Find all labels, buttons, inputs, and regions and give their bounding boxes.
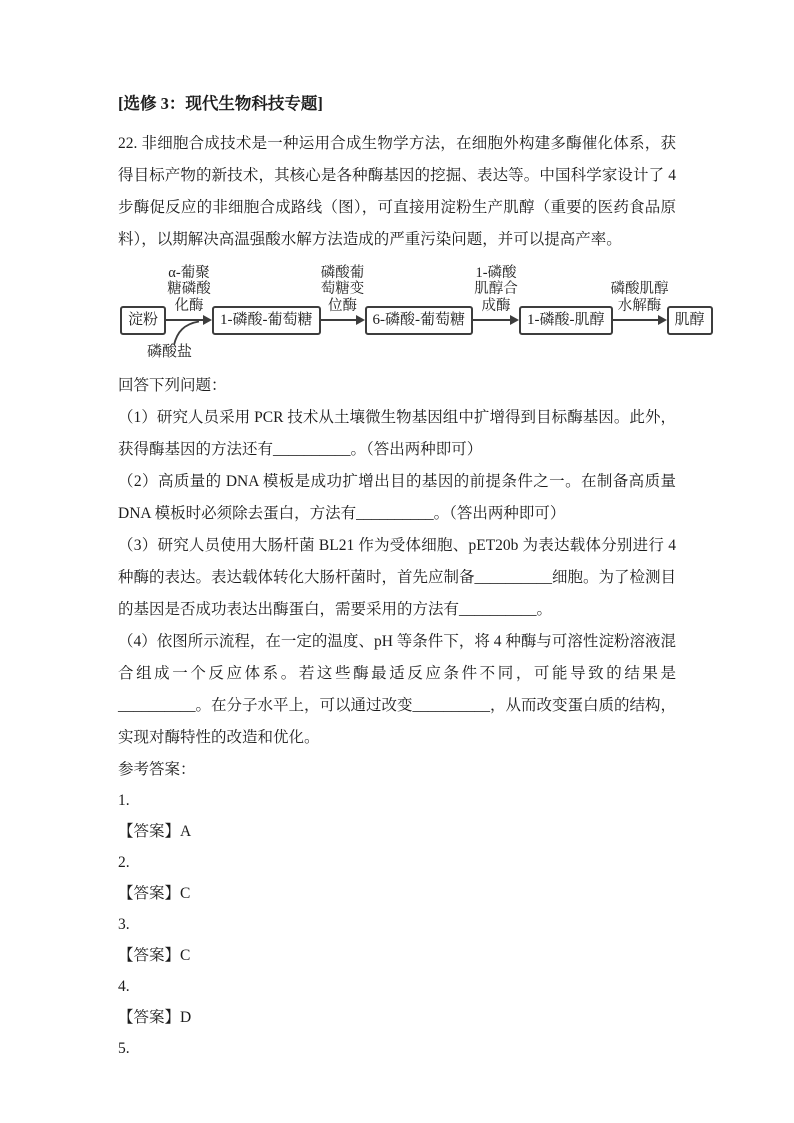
sub-question-3: （3）研究人员使用大肠杆菌 BL21 作为受体细胞、pET20b 为表达载体分别… [118,530,676,626]
node-glucose-1-phosphate: 1-磷酸-葡萄糖 [212,306,321,335]
arrow-head-icon [658,315,667,325]
substrate-phosphate-label: 磷酸盐 [147,340,192,361]
answer-label: 【答案】 [118,823,180,840]
node-inositol-1-phosphate: 1-磷酸-肌醇 [519,306,613,335]
section-header: [选修 3：现代生物科技专题] [118,88,676,120]
sub-question-1: （1）研究人员采用 PCR 技术从土壤微生物基因组中扩增得到目标酶基因。此外，获… [118,402,676,466]
enzyme-label-line: 化酶 [167,298,211,315]
reference-answers-section: 参考答案： 1. 【答案】A 2. 【答案】C 3. 【答案】C 4. 【答案】… [118,754,676,1064]
node-starch: 淀粉 [120,306,166,335]
arrow-line [473,319,513,321]
enzyme-label-line: 磷酸葡 [321,265,365,282]
node-inositol: 肌醇 [667,306,713,335]
reaction-step-2: 磷酸葡 萄糖变 位酶 [321,260,365,368]
answer-line-4: 【答案】D [118,1002,676,1033]
reaction-step-3: 1-磷酸 肌醇合 成酶 [473,260,519,368]
enzyme-label-line: 成酶 [474,298,518,315]
question-intro: 22. 非细胞合成技术是一种运用合成生物学方法，在细胞外构建多酶催化体系，获得目… [118,128,676,256]
answer-value: C [180,947,190,964]
enzyme-label-line: 位酶 [321,298,365,315]
answer-number-1: 1. [118,785,676,816]
answer-value: C [180,885,190,902]
answer-label: 【答案】 [118,885,180,902]
reference-answers-header: 参考答案： [118,754,676,785]
enzyme-label-line: 肌醇合 [474,281,518,298]
answer-prompt: 回答下列问题： [118,370,676,402]
answer-line-3: 【答案】C [118,940,676,971]
enzyme-label-alpha-glucan-phosphorylase: α-葡聚 糖磷酸 化酶 [167,265,211,315]
answer-label: 【答案】 [118,1009,180,1026]
enzyme-label-inositol-phosphate-phosphatase: 磷酸肌醇 水解酶 [611,281,669,314]
answer-number-5: 5. [118,1033,676,1064]
reaction-step-4: 磷酸肌醇 水解酶 [613,260,667,368]
enzyme-label-line: α-葡聚 [167,265,211,282]
answer-number-3: 3. [118,909,676,940]
node-glucose-6-phosphate: 6-磷酸-葡萄糖 [365,306,474,335]
enzyme-label-line: 磷酸肌醇 [611,281,669,298]
reaction-pathway-diagram: 淀粉 α-葡聚 糖磷酸 化酶 磷酸盐 1-磷酸-葡萄糖 磷酸葡 萄糖变 位酶 6… [120,260,676,368]
arrow-head-icon [203,315,212,325]
exam-page: { "document": { "section_header": "[选修 3… [0,0,794,1123]
enzyme-label-line: 糖磷酸 [167,281,211,298]
arrow-line [321,319,359,321]
answer-line-1: 【答案】A [118,816,676,847]
enzyme-label-line: 萄糖变 [321,281,365,298]
enzyme-label-line: 水解酶 [611,298,669,315]
arrow-head-icon [510,315,519,325]
sub-question-4: （4）依图所示流程，在一定的温度、pH 等条件下，将 4 种酶与可溶性淀粉溶液混… [118,626,676,754]
reaction-step-1: α-葡聚 糖磷酸 化酶 磷酸盐 [166,260,212,368]
arrow-head-icon [356,315,365,325]
answer-label: 【答案】 [118,947,180,964]
answer-number-2: 2. [118,847,676,878]
enzyme-label-inositol-1-phosphate-synthase: 1-磷酸 肌醇合 成酶 [474,265,518,315]
answer-number-4: 4. [118,971,676,1002]
answer-line-2: 【答案】C [118,878,676,909]
enzyme-label-line: 1-磷酸 [474,265,518,282]
enzyme-label-phosphoglucomutase: 磷酸葡 萄糖变 位酶 [321,265,365,315]
arrow-line [613,319,661,321]
answer-value: D [180,1009,191,1026]
sub-question-2: （2）高质量的 DNA 模板是成功扩增出目的基因的前提条件之一。在制备高质量 D… [118,466,676,530]
answer-value: A [180,823,191,840]
